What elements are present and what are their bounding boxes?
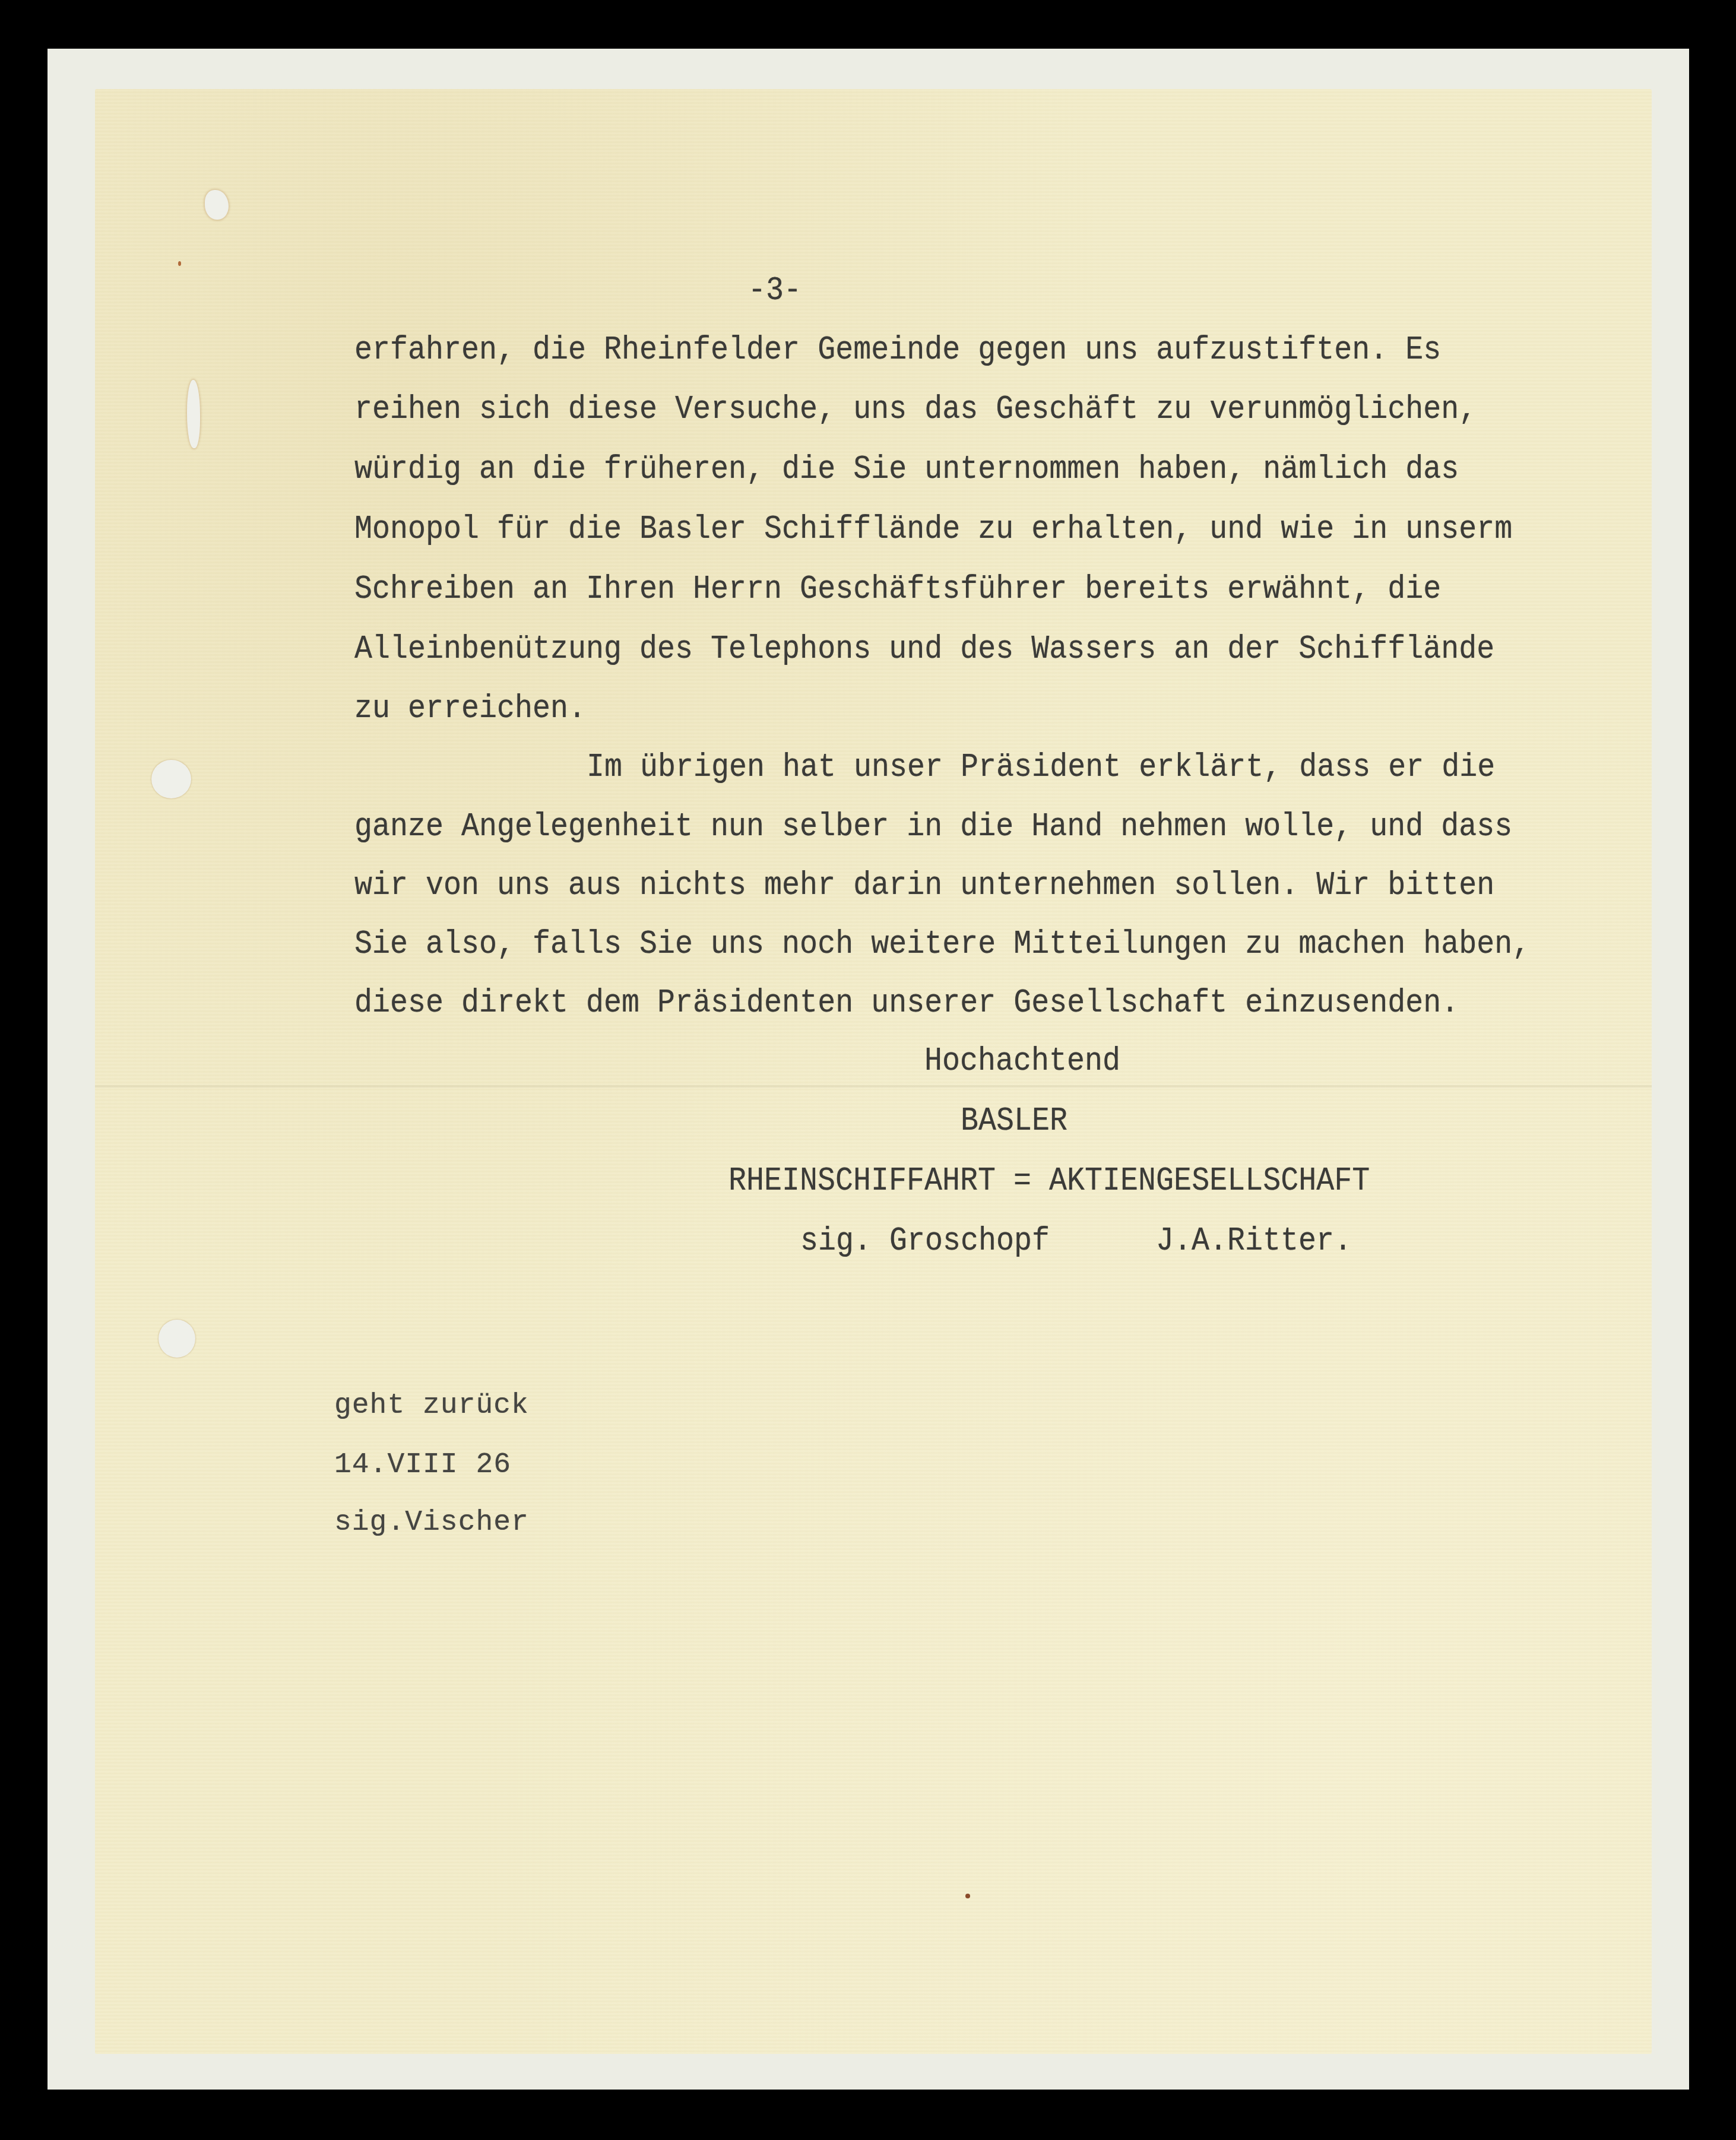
rust-speck	[178, 261, 181, 266]
body-line: ganze Angelegenheit nun selber in die Ha…	[354, 794, 1512, 861]
signatory-groschopf: sig. Groschopf	[800, 1209, 1050, 1275]
company-name-line-1: BASLER	[961, 1089, 1067, 1155]
paper-tear-damage	[187, 380, 200, 448]
return-note-date: 14.VIII 26	[334, 1435, 511, 1495]
body-line: reihen sich diese Versuche, uns das Gesc…	[354, 377, 1477, 443]
body-line-indented: Im übrigen hat unser Präsident erklärt, …	[587, 735, 1495, 801]
body-line: erfahren, die Rheinfelder Gemeinde gegen…	[354, 318, 1441, 384]
return-note-status: geht zurück	[334, 1376, 529, 1435]
ink-speck	[965, 1894, 970, 1898]
body-line: wir von uns aus nichts mehr darin untern…	[354, 853, 1494, 920]
body-line: zu erreichen.	[354, 676, 586, 743]
closing-salutation: Hochachtend	[924, 1029, 1120, 1095]
body-line: würdig an die früheren, die Sie unternom…	[354, 437, 1459, 503]
punch-hole	[159, 1320, 195, 1358]
punch-hole	[151, 760, 191, 798]
page-number: -3-	[748, 258, 802, 325]
paper-tear-damage	[205, 190, 229, 220]
paper-fold-line	[95, 1085, 1652, 1088]
body-line: Sie also, falls Sie uns noch weitere Mit…	[354, 912, 1530, 978]
body-line: Monopol für die Basler Schifflände zu er…	[354, 497, 1512, 563]
body-line: Schreiben an Ihren Herrn Geschäftsführer…	[354, 557, 1441, 623]
body-line: diese direkt dem Präsidenten unserer Ges…	[354, 971, 1459, 1037]
return-note-signature: sig.Vischer	[334, 1493, 529, 1552]
signatory-ritter: J.A.Ritter.	[1156, 1209, 1352, 1275]
body-line: Alleinbenützung des Telephons und des Wa…	[354, 617, 1494, 683]
company-name-line-2: RHEINSCHIFFAHRT = AKTIENGESELLSCHAFT	[728, 1149, 1370, 1215]
document-page: -3- erfahren, die Rheinfelder Gemeinde g…	[95, 89, 1652, 2054]
